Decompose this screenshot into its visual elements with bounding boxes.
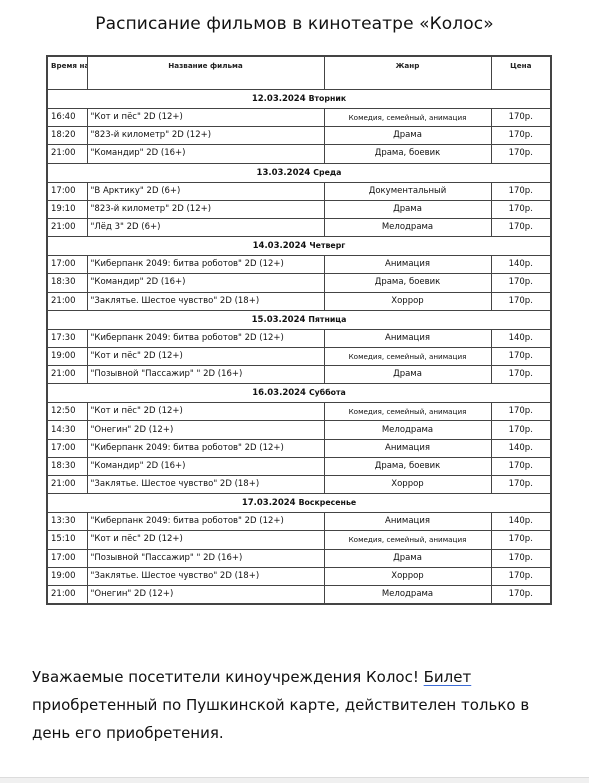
table-row: 21:00"Позывной "Пассажир" " 2D (16+)Драм… bbox=[47, 366, 551, 384]
screening-time: 18:20 bbox=[47, 127, 87, 145]
screening-title: "Кот и пёс" 2D (12+) bbox=[87, 531, 324, 549]
table-row: 19:10"823-й километр" 2D (12+)Драма170р. bbox=[47, 200, 551, 218]
screening-price: 170р. bbox=[491, 567, 551, 585]
screening-time: 21:00 bbox=[47, 585, 87, 604]
screening-title: "Позывной "Пассажир" " 2D (16+) bbox=[87, 549, 324, 567]
screening-time: 17:30 bbox=[47, 329, 87, 347]
screening-title: "823-й километр" 2D (12+) bbox=[87, 127, 324, 145]
screening-title: "Онегин" 2D (12+) bbox=[87, 421, 324, 439]
screening-price: 170р. bbox=[491, 366, 551, 384]
screening-title: "Заклятье. Шестое чувство" 2D (18+) bbox=[87, 567, 324, 585]
table-row: 21:00"Лёд 3" 2D (6+)Мелодрама170р. bbox=[47, 218, 551, 236]
screening-title: "Заклятье. Шестое чувство" 2D (18+) bbox=[87, 476, 324, 494]
table-row: 17:00"Киберпанк 2049: битва роботов" 2D … bbox=[47, 439, 551, 457]
screening-price: 140р. bbox=[491, 513, 551, 531]
table-row: 21:00"Командир" 2D (16+)Драма, боевик170… bbox=[47, 145, 551, 163]
screening-genre: Хоррор bbox=[324, 476, 491, 494]
screening-title: "Киберпанк 2049: битва роботов" 2D (12+) bbox=[87, 329, 324, 347]
screening-title: "Командир" 2D (16+) bbox=[87, 145, 324, 163]
screening-time: 16:40 bbox=[47, 109, 87, 127]
screening-price: 170р. bbox=[491, 182, 551, 200]
screening-time: 17:00 bbox=[47, 182, 87, 200]
bottom-edge bbox=[0, 777, 589, 783]
day-header-row: 15.03.2024 Пятница bbox=[47, 310, 551, 329]
day-header: 13.03.2024 Среда bbox=[47, 163, 551, 182]
day-header-row: 14.03.2024 Четверг bbox=[47, 237, 551, 256]
table-row: 18:30"Командир" 2D (16+)Драма, боевик170… bbox=[47, 274, 551, 292]
day-weekday: Воскресенье bbox=[299, 498, 357, 507]
screening-price: 140р. bbox=[491, 256, 551, 274]
table-row: 21:00"Заклятье. Шестое чувство" 2D (18+)… bbox=[47, 292, 551, 310]
screening-time: 14:30 bbox=[47, 421, 87, 439]
day-weekday: Суббота bbox=[309, 388, 346, 397]
header-genre: Жанр bbox=[324, 56, 491, 90]
screening-price: 170р. bbox=[491, 109, 551, 127]
screening-genre: Анимация bbox=[324, 513, 491, 531]
screening-genre: Анимация bbox=[324, 439, 491, 457]
screening-time: 19:00 bbox=[47, 567, 87, 585]
screening-title: "Заклятье. Шестое чувство" 2D (18+) bbox=[87, 292, 324, 310]
day-weekday: Вторник bbox=[309, 94, 347, 103]
screening-price: 170р. bbox=[491, 292, 551, 310]
screening-price: 170р. bbox=[491, 476, 551, 494]
page-title: Расписание фильмов в кинотеатре «Колос» bbox=[0, 14, 589, 34]
screening-genre: Комедия, семейный, анимация bbox=[324, 403, 491, 421]
table-header-row: Время начала Название фильма Жанр Цена bbox=[47, 56, 551, 90]
screening-title: "Кот и пёс" 2D (12+) bbox=[87, 403, 324, 421]
screening-price: 170р. bbox=[491, 200, 551, 218]
notice-text-after: приобретенный по Пушкинской карте, дейст… bbox=[32, 696, 529, 742]
day-header: 15.03.2024 Пятница bbox=[47, 310, 551, 329]
day-weekday: Пятница bbox=[308, 315, 346, 324]
table-row: 17:30"Киберпанк 2049: битва роботов" 2D … bbox=[47, 329, 551, 347]
screening-title: "Кот и пёс" 2D (12+) bbox=[87, 347, 324, 365]
screening-price: 170р. bbox=[491, 218, 551, 236]
table-row: 12:50"Кот и пёс" 2D (12+)Комедия, семейн… bbox=[47, 403, 551, 421]
table-row: 13:30"Киберпанк 2049: битва роботов" 2D … bbox=[47, 513, 551, 531]
screening-time: 15:10 bbox=[47, 531, 87, 549]
table-row: 21:00"Онегин" 2D (12+)Мелодрама170р. bbox=[47, 585, 551, 604]
screening-title: "Онегин" 2D (12+) bbox=[87, 585, 324, 604]
screening-title: "Киберпанк 2049: битва роботов" 2D (12+) bbox=[87, 513, 324, 531]
screening-price: 170р. bbox=[491, 585, 551, 604]
screening-title: "Лёд 3" 2D (6+) bbox=[87, 218, 324, 236]
screening-title: "Командир" 2D (16+) bbox=[87, 274, 324, 292]
day-date: 14.03.2024 bbox=[253, 241, 307, 251]
screening-genre: Драма bbox=[324, 127, 491, 145]
screening-genre: Документальный bbox=[324, 182, 491, 200]
screening-time: 21:00 bbox=[47, 145, 87, 163]
table-row: 19:00"Заклятье. Шестое чувство" 2D (18+)… bbox=[47, 567, 551, 585]
screening-price: 170р. bbox=[491, 403, 551, 421]
screening-price: 140р. bbox=[491, 439, 551, 457]
day-header: 14.03.2024 Четверг bbox=[47, 237, 551, 256]
day-header-row: 13.03.2024 Среда bbox=[47, 163, 551, 182]
schedule-table: Время начала Название фильма Жанр Цена 1… bbox=[46, 55, 552, 605]
header-price: Цена bbox=[491, 56, 551, 90]
screening-time: 13:30 bbox=[47, 513, 87, 531]
table-row: 19:00"Кот и пёс" 2D (12+)Комедия, семейн… bbox=[47, 347, 551, 365]
screening-price: 170р. bbox=[491, 145, 551, 163]
screening-price: 170р. bbox=[491, 127, 551, 145]
day-date: 15.03.2024 bbox=[252, 315, 306, 325]
table-row: 17:00"В Арктику" 2D (6+)Документальный17… bbox=[47, 182, 551, 200]
screening-title: "Киберпанк 2049: битва роботов" 2D (12+) bbox=[87, 256, 324, 274]
screening-title: "В Арктику" 2D (6+) bbox=[87, 182, 324, 200]
day-date: 17.03.2024 bbox=[242, 498, 296, 508]
day-date: 13.03.2024 bbox=[257, 168, 311, 178]
screening-genre: Комедия, семейный, анимация bbox=[324, 109, 491, 127]
screening-time: 21:00 bbox=[47, 218, 87, 236]
screening-title: "823-й километр" 2D (12+) bbox=[87, 200, 324, 218]
screening-genre: Драма bbox=[324, 549, 491, 567]
day-date: 12.03.2024 bbox=[252, 94, 306, 104]
day-weekday: Четверг bbox=[309, 241, 345, 250]
screening-genre: Мелодрама bbox=[324, 585, 491, 604]
day-date: 16.03.2024 bbox=[252, 388, 306, 398]
day-header-row: 16.03.2024 Суббота bbox=[47, 384, 551, 403]
day-header-row: 17.03.2024 Воскресенье bbox=[47, 494, 551, 513]
screening-price: 140р. bbox=[491, 329, 551, 347]
day-header: 12.03.2024 Вторник bbox=[47, 90, 551, 109]
screening-genre: Драма, боевик bbox=[324, 145, 491, 163]
screening-genre: Комедия, семейный, анимация bbox=[324, 347, 491, 365]
screening-time: 21:00 bbox=[47, 476, 87, 494]
screening-time: 17:00 bbox=[47, 439, 87, 457]
screening-genre: Анимация bbox=[324, 329, 491, 347]
screening-genre: Хоррор bbox=[324, 567, 491, 585]
screening-title: "Позывной "Пассажир" " 2D (16+) bbox=[87, 366, 324, 384]
screening-time: 19:00 bbox=[47, 347, 87, 365]
screening-time: 17:00 bbox=[47, 549, 87, 567]
screening-genre: Мелодрама bbox=[324, 218, 491, 236]
notice-text: Уважаемые посетители киноучреждения Коло… bbox=[32, 663, 572, 747]
day-weekday: Среда bbox=[313, 168, 341, 177]
screening-time: 21:00 bbox=[47, 292, 87, 310]
screening-price: 170р. bbox=[491, 549, 551, 567]
screening-time: 18:30 bbox=[47, 274, 87, 292]
screening-genre: Комедия, семейный, анимация bbox=[324, 531, 491, 549]
table-row: 14:30"Онегин" 2D (12+)Мелодрама170р. bbox=[47, 421, 551, 439]
screening-genre: Драма, боевик bbox=[324, 457, 491, 475]
table-row: 17:00"Киберпанк 2049: битва роботов" 2D … bbox=[47, 256, 551, 274]
day-header: 17.03.2024 Воскресенье bbox=[47, 494, 551, 513]
screening-price: 170р. bbox=[491, 347, 551, 365]
notice-ticket-word: Билет bbox=[424, 668, 472, 686]
screening-price: 170р. bbox=[491, 274, 551, 292]
screening-price: 170р. bbox=[491, 531, 551, 549]
screening-genre: Драма bbox=[324, 366, 491, 384]
table-row: 17:00"Позывной "Пассажир" " 2D (16+)Драм… bbox=[47, 549, 551, 567]
header-title: Название фильма bbox=[87, 56, 324, 90]
header-time: Время начала bbox=[47, 56, 87, 90]
day-header: 16.03.2024 Суббота bbox=[47, 384, 551, 403]
day-header-row: 12.03.2024 Вторник bbox=[47, 90, 551, 109]
screening-genre: Хоррор bbox=[324, 292, 491, 310]
screening-time: 18:30 bbox=[47, 457, 87, 475]
screening-price: 170р. bbox=[491, 421, 551, 439]
screening-time: 17:00 bbox=[47, 256, 87, 274]
screening-title: "Киберпанк 2049: битва роботов" 2D (12+) bbox=[87, 439, 324, 457]
screening-price: 170р. bbox=[491, 457, 551, 475]
table-row: 16:40"Кот и пёс" 2D (12+)Комедия, семейн… bbox=[47, 109, 551, 127]
screening-title: "Кот и пёс" 2D (12+) bbox=[87, 109, 324, 127]
screening-time: 19:10 bbox=[47, 200, 87, 218]
notice-text-before: Уважаемые посетители киноучреждения Коло… bbox=[32, 668, 424, 686]
table-row: 15:10"Кот и пёс" 2D (12+)Комедия, семейн… bbox=[47, 531, 551, 549]
screening-genre: Мелодрама bbox=[324, 421, 491, 439]
table-row: 18:20"823-й километр" 2D (12+)Драма170р. bbox=[47, 127, 551, 145]
screening-title: "Командир" 2D (16+) bbox=[87, 457, 324, 475]
table-row: 18:30"Командир" 2D (16+)Драма, боевик170… bbox=[47, 457, 551, 475]
screening-time: 12:50 bbox=[47, 403, 87, 421]
schedule-body: 12.03.2024 Вторник16:40"Кот и пёс" 2D (1… bbox=[47, 90, 551, 605]
table-row: 21:00"Заклятье. Шестое чувство" 2D (18+)… bbox=[47, 476, 551, 494]
screening-genre: Драма bbox=[324, 200, 491, 218]
screening-genre: Анимация bbox=[324, 256, 491, 274]
screening-genre: Драма, боевик bbox=[324, 274, 491, 292]
screening-time: 21:00 bbox=[47, 366, 87, 384]
